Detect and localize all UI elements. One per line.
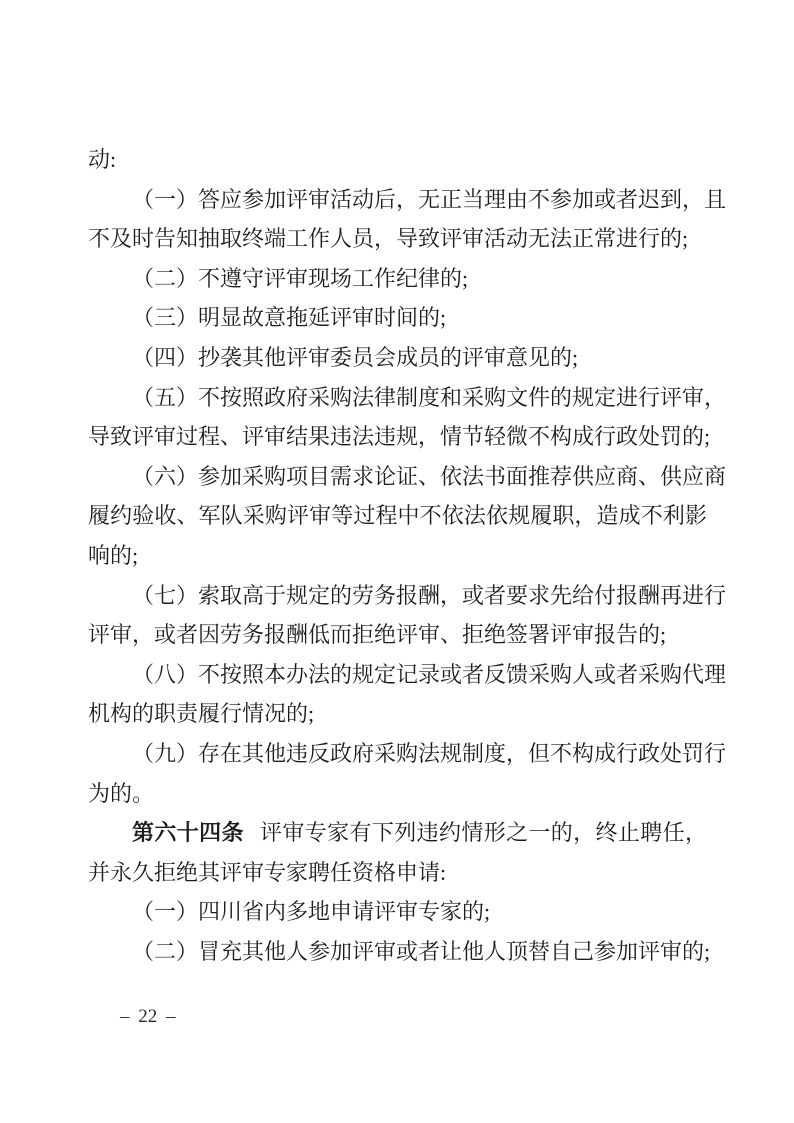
text-line: （九）存在其他违反政府采购法规制度，但不构成行政处罚行: [88, 734, 707, 774]
text-line: 为的。: [88, 774, 707, 814]
text-line: 评审，或者因劳务报酬低而拒绝评审、拒绝签署评审报告的;: [88, 615, 707, 655]
text-line: 响的;: [88, 536, 707, 576]
text-line: （三）明显故意拖延评审时间的;: [88, 298, 707, 338]
text-line: 并永久拒绝其评审专家聘任资格申请:: [88, 853, 707, 893]
text-line: 不及时告知抽取终端工作人员，导致评审活动无法正常进行的;: [88, 219, 707, 259]
text-line: （四）抄袭其他评审委员会成员的评审意见的;: [88, 338, 707, 378]
text-line: 机构的职责履行情况的;: [88, 694, 707, 734]
article-heading-line: 第六十四条评审专家有下列违约情形之一的，终止聘任，: [88, 813, 707, 853]
text-line: （一）答应参加评审活动后，无正当理由不参加或者迟到，且: [88, 180, 707, 220]
document-page: 动: （一）答应参加评审活动后，无正当理由不参加或者迟到，且 不及时告知抽取终端…: [0, 0, 794, 1123]
article-heading-text: 评审专家有下列违约情形之一的，终止聘任，: [260, 820, 707, 845]
text-line: （五）不按照政府采购法律制度和采购文件的规定进行评审，: [88, 378, 707, 418]
text-line: （六）参加采购项目需求论证、依法书面推荐供应商、供应商: [88, 457, 707, 497]
text-line: （一）四川省内多地申请评审专家的;: [88, 892, 707, 932]
document-body: 动: （一）答应参加评审活动后，无正当理由不参加或者迟到，且 不及时告知抽取终端…: [88, 140, 707, 971]
text-line: （七）索取高于规定的劳务报酬，或者要求先给付报酬再进行: [88, 576, 707, 616]
text-line: 履约验收、军队采购评审等过程中不依法依规履职，造成不利影: [88, 496, 707, 536]
article-number-label: 第六十四条: [132, 820, 244, 845]
text-line: （二）冒充其他人参加评审或者让他人顶替自己参加评审的;: [88, 932, 707, 972]
text-line: 动:: [88, 140, 707, 180]
text-line: （二）不遵守评审现场工作纪律的;: [88, 259, 707, 299]
text-line: 导致评审过程、评审结果违法违规，情节轻微不构成行政处罚的;: [88, 417, 707, 457]
text-line: （八）不按照本办法的规定记录或者反馈采购人或者采购代理: [88, 655, 707, 695]
page-number: – 22 –: [120, 1006, 176, 1028]
